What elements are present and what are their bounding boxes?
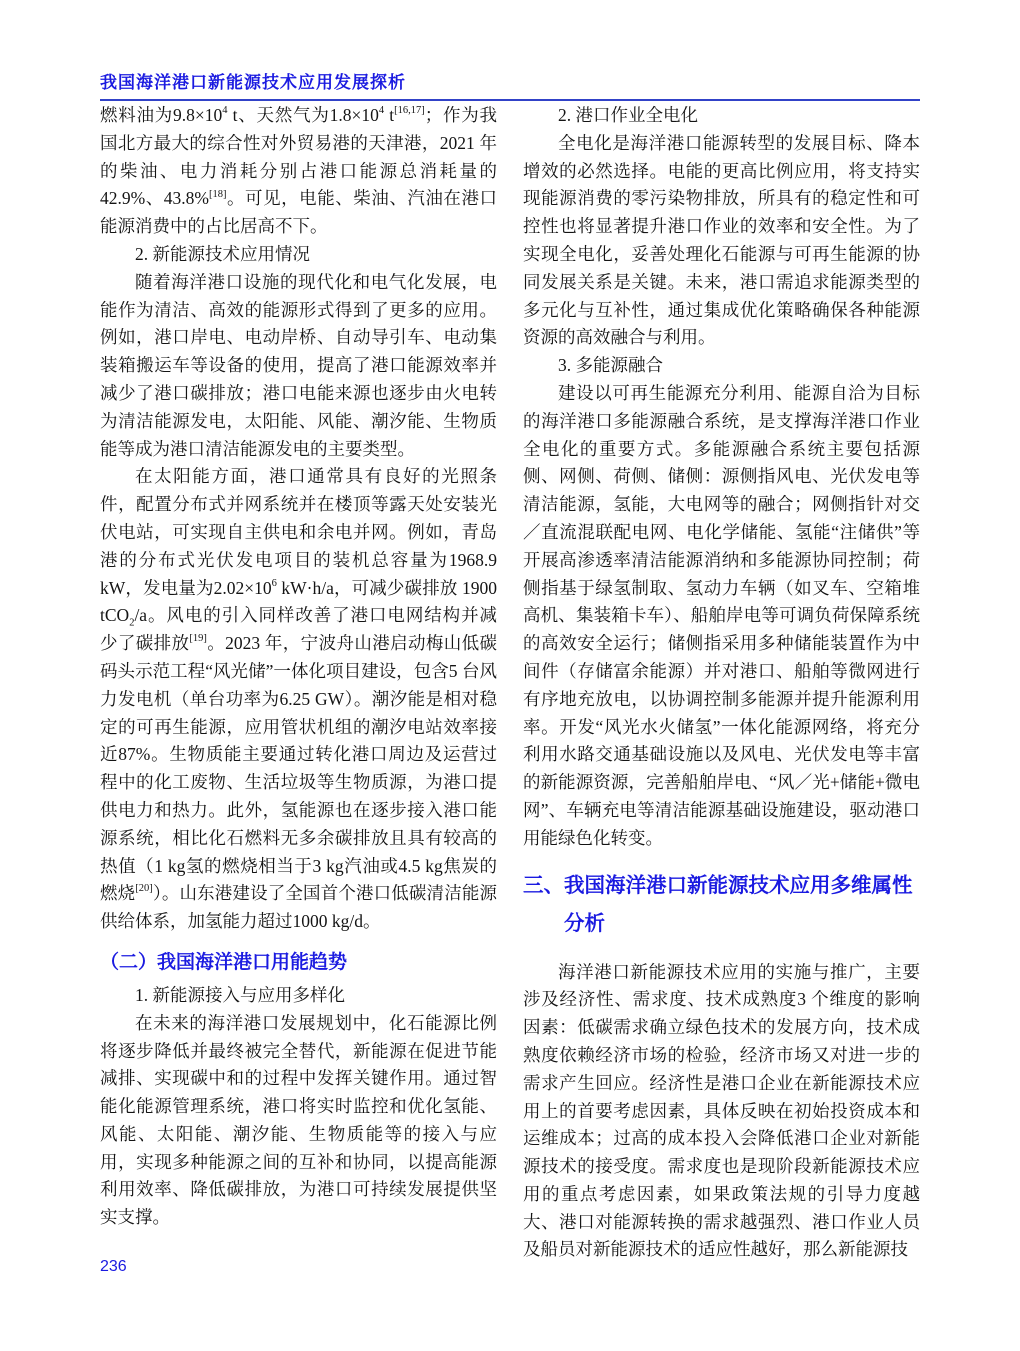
superscript: [16,17] [394, 105, 425, 116]
superscript: [20] [135, 883, 153, 894]
paragraph: 在太阳能方面，港口通常具有良好的光照条件，配置分布式并网系统并在楼顶等露天处安装… [100, 463, 497, 936]
left-column: 燃料油为9.8×104 t、天然气为1.8×104 t[16,17]；作为我国北… [100, 102, 497, 1232]
paragraph: 海洋港口新能源技术应用的实施与推广，主要涉及经济性、需求度、技术成熟度3 个维度… [523, 959, 920, 1265]
two-column-body: 燃料油为9.8×104 t、天然气为1.8×104 t[16,17]；作为我国北… [100, 102, 920, 1264]
subsection-heading: （二）我国海洋港口用能趋势 [100, 948, 497, 978]
numbered-subheading: 3. 多能源融合 [523, 352, 920, 380]
right-column: 2. 港口作业全电化全电化是海洋港口能源转型的发展目标、降本增效的必然选择。电能… [523, 102, 920, 1264]
numbered-subheading: 1. 新能源接入与应用多样化 [100, 982, 497, 1010]
section-heading: 三、我国海洋港口新能源技术应用多维属性分析 [523, 867, 920, 943]
superscript: 4 [379, 105, 384, 116]
paragraph: 建设以可再生能源充分利用、能源自洽为目标的海洋港口多能源融合系统，是支撑海洋港口… [523, 380, 920, 853]
numbered-subheading: 2. 港口作业全电化 [523, 102, 920, 130]
superscript: 4 [222, 105, 227, 116]
paragraph: 燃料油为9.8×104 t、天然气为1.8×104 t[16,17]；作为我国北… [100, 102, 497, 241]
paragraph: 随着海洋港口设施的现代化和电气化发展，电能作为清洁、高效的能源形式得到了更多的应… [100, 269, 497, 464]
paragraph: 在未来的海洋港口发展规划中，化石能源比例将逐步降低并最终被完全替代，新能源在促进… [100, 1010, 497, 1232]
superscript: [18] [209, 189, 227, 200]
numbered-subheading: 2. 新能源技术应用情况 [100, 241, 497, 269]
running-head: 我国海洋港口新能源技术应用发展探析 [100, 68, 920, 101]
superscript: [19] [189, 633, 207, 644]
page-number: 236 [100, 1258, 127, 1276]
paragraph: 全电化是海洋港口能源转型的发展目标、降本增效的必然选择。电能的更高比例应用，将支… [523, 130, 920, 352]
superscript: 6 [272, 578, 277, 589]
paper-page: 我国海洋港口新能源技术应用发展探析 燃料油为9.8×104 t、天然气为1.8×… [0, 0, 1020, 1351]
subscript: 2 [129, 618, 134, 629]
